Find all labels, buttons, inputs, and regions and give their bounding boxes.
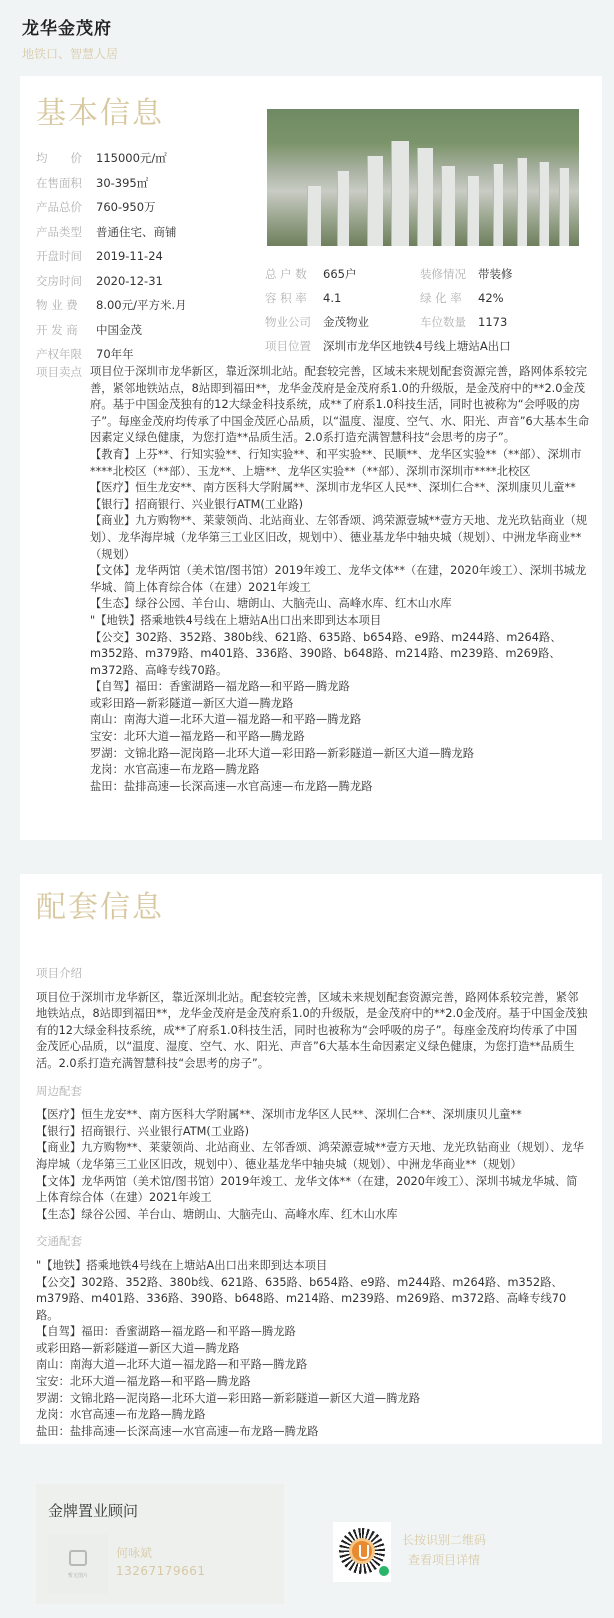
paragraph: 【商业】九方购物**、莱蒙领尚、北站商业、左邻香颂、鸿荣源壹城**壹方天地、龙光…	[90, 513, 590, 563]
paragraph: 【医疗】恒生龙安**、南方医科大学附属**、深圳市龙华区人民**、深圳仁合**、…	[90, 480, 590, 497]
facilities-card: 配套信息 项目介绍 项目位于深圳市龙华新区，靠近深圳北站。配套较完善，区域未来规…	[20, 874, 602, 1444]
field-label: 开 发 商	[36, 318, 96, 343]
transport-item: "【地铁】搭乘地铁4号线在上塘站A出口出来即到达本项目	[36, 1258, 588, 1275]
paragraph: 【银行】招商银行、兴业银行ATM(工业路)	[90, 497, 590, 514]
field-value: 70年年	[96, 342, 134, 367]
field-row: 均 价115000元/㎡	[36, 146, 187, 171]
advisor-title: 金牌置业顾问	[48, 1500, 138, 1521]
section-title-facilities: 配套信息	[36, 882, 164, 926]
field-row: 物 业 费8.00元/平方米.月	[36, 293, 187, 318]
field-value: 2020-12-31	[96, 269, 163, 294]
paragraph: 或彩田路—新彩隧道—新区大道—腾龙路	[90, 696, 590, 713]
transport-item: 盐田：盐排高速—长深高速—水官高速—布龙路—腾龙路	[36, 1424, 588, 1441]
paragraph: 宝安：北环大道—福龙路—和平路—腾龙路	[90, 729, 590, 746]
field-value: 760-950万	[96, 195, 156, 220]
paragraph: 项目位于深圳市龙华新区，靠近深圳北站。配套较完善，区域未来规划配套资源完善，路网…	[90, 364, 590, 447]
selling-points: 项目位于深圳市龙华新区，靠近深圳北站。配套较完善，区域未来规划配套资源完善，路网…	[90, 364, 590, 795]
section-title-basic: 基本信息	[36, 88, 164, 132]
paragraph: 南山：南海大道—北环大道—福龙路—和平路—腾龙路	[90, 712, 590, 729]
transport-item: 【自驾】福田：香蜜湖路—福龙路—和平路—腾龙路	[36, 1324, 588, 1341]
wechat-mini-program-icon	[379, 1566, 389, 1576]
surrounding-item: 【银行】招商银行、兴业银行ATM(工业路)	[36, 1124, 588, 1141]
field-value: 中国金茂	[96, 318, 142, 343]
field-value: 普通住宅、商铺	[96, 220, 177, 245]
surrounding-label: 周边配套	[36, 1083, 588, 1100]
surrounding-item: 【文体】龙华两馆（美术馆/图书馆）2019年竣工、龙华文体**（在建，2020年…	[36, 1174, 588, 1207]
basic-fields-left: 均 价115000元/㎡ 在售面积30-395㎡ 产品总价760-950万 产品…	[36, 146, 187, 367]
field-row: 产品总价760-950万	[36, 195, 187, 220]
transport-item: 罗湖：文锦北路—泥岗路—北环大道—彩田路—新彩隧道—新区大道—腾龙路	[36, 1391, 588, 1408]
field-row: 在售面积30-395㎡	[36, 171, 187, 196]
transport-item: 或彩田路—新彩隧道—新区大道—腾龙路	[36, 1341, 588, 1358]
project-subtitle: 地铁口、智慧人居	[22, 45, 118, 62]
field-total-households: 总 户 数665户	[265, 262, 356, 287]
qr-hint-line1: 长按识别二维码	[402, 1530, 486, 1550]
intro-text: 项目位于深圳市龙华新区，靠近深圳北站。配套较完善，区域未来规划配套资源完善，路网…	[36, 990, 588, 1073]
transport-label: 交通配套	[36, 1233, 588, 1250]
transport-item: 宝安：北环大道—福龙路—和平路—腾龙路	[36, 1374, 588, 1391]
advisor-card[interactable]: 金牌置业顾问 暂无图片 何咏斌 13267179661	[36, 1484, 284, 1604]
advisor-phone[interactable]: 13267179661	[116, 1564, 205, 1578]
transport-item: 龙岗：水官高速—布龙路—腾龙路	[36, 1407, 588, 1424]
field-label: 物 业 费	[36, 293, 96, 318]
field-value: 2019-11-24	[96, 244, 163, 269]
qr-hint: 长按识别二维码 查看项目详情	[402, 1530, 486, 1570]
field-green-ratio: 绿 化 率42%	[420, 286, 504, 311]
paragraph: 【文体】龙华两馆（美术馆/图书馆）2019年竣工、龙华文体**（在建，2020年…	[90, 563, 590, 596]
basic-info-card: 基本信息 均 价115000元/㎡ 在售面积30-395㎡ 产品总价760-95…	[20, 76, 602, 840]
project-rendering-image[interactable]	[267, 109, 579, 246]
brand-logo-icon	[349, 1538, 375, 1564]
project-title: 龙华金茂府	[22, 14, 118, 39]
facilities-body: 项目介绍 项目位于深圳市龙华新区，靠近深圳北站。配套较完善，区域未来规划配套资源…	[36, 959, 588, 1450]
field-location: 项目位置深圳市龙华区地铁4号线上塘站A出口	[265, 334, 511, 359]
field-row: 产权年限70年年	[36, 342, 187, 367]
intro-label: 项目介绍	[36, 965, 588, 982]
field-value: 8.00元/平方米.月	[96, 293, 187, 318]
field-label: 在售面积	[36, 171, 96, 196]
avatar-caption: 暂无图片	[68, 1572, 88, 1579]
field-property-company: 物业公司金茂物业	[265, 310, 369, 335]
field-label: 产品总价	[36, 195, 96, 220]
surrounding-item: 【生态】绿谷公园、羊台山、塘朗山、大脑壳山、高峰水库、红木山水库	[36, 1207, 588, 1224]
field-value: 30-395㎡	[96, 171, 148, 196]
paragraph: 盐田：盐排高速—长深高速—水官高速—布龙路—腾龙路	[90, 779, 590, 796]
mini-program-qr-code[interactable]	[333, 1522, 391, 1582]
transport-item: 南山：南海大道—北环大道—福龙路—和平路—腾龙路	[36, 1357, 588, 1374]
field-decoration: 装修情况带装修	[420, 262, 513, 287]
avatar: 暂无图片	[48, 1534, 108, 1594]
paragraph: 【自驾】福田：香蜜湖路—福龙路—和平路—腾龙路	[90, 679, 590, 696]
paragraph: 【生态】绿谷公园、羊台山、塘朗山、大脑壳山、高峰水库、红木山水库	[90, 596, 590, 613]
field-row: 交房时间2020-12-31	[36, 269, 187, 294]
field-row: 开盘时间2019-11-24	[36, 244, 187, 269]
surrounding-item: 【医疗】恒生龙安**、南方医科大学附属**、深圳市龙华区人民**、深圳仁合**、…	[36, 1107, 588, 1124]
qr-hint-line2: 查看项目详情	[402, 1550, 486, 1570]
field-value: 115000元/㎡	[96, 146, 167, 171]
page: 龙华金茂府 地铁口、智慧人居 基本信息 均 价115000元/㎡ 在售面积30-…	[0, 0, 614, 1618]
field-plot-ratio: 容 积 率4.1	[265, 286, 341, 311]
field-label: 开盘时间	[36, 244, 96, 269]
field-parking: 车位数量1173	[420, 310, 507, 335]
field-label: 交房时间	[36, 269, 96, 294]
paragraph: "【地铁】搭乘地铁4号线在上塘站A出口出来即到达本项目	[90, 613, 590, 630]
advisor-name: 何咏斌	[116, 1544, 152, 1561]
field-label: 产权年限	[36, 342, 96, 367]
transport-item: 【公交】302路、352路、380b线、621路、635路、b654路、e9路、…	[36, 1275, 588, 1325]
paragraph: 【公交】302路、352路、380b线、621路、635路、b654路、e9路、…	[90, 630, 590, 680]
paragraph: 龙岗：水官高速—布龙路—腾龙路	[90, 762, 590, 779]
paragraph: 【教育】上芬**、行知实验**、行知实验**、和平实验**、民顺**、龙华区实验…	[90, 447, 590, 480]
selling-points-label: 项目卖点	[36, 364, 82, 380]
field-row: 产品类型普通住宅、商铺	[36, 220, 187, 245]
field-row: 开 发 商中国金茂	[36, 318, 187, 343]
surrounding-item: 【商业】九方购物**、莱蒙领尚、北站商业、左邻香颂、鸿荣源壹城**壹方天地、龙光…	[36, 1140, 588, 1173]
camera-icon	[69, 1550, 87, 1566]
header: 龙华金茂府 地铁口、智慧人居	[22, 14, 118, 62]
paragraph: 罗湖：文锦北路—泥岗路—北环大道—彩田路—新彩隧道—新区大道—腾龙路	[90, 746, 590, 763]
field-label: 均 价	[36, 146, 96, 171]
field-label: 产品类型	[36, 220, 96, 245]
